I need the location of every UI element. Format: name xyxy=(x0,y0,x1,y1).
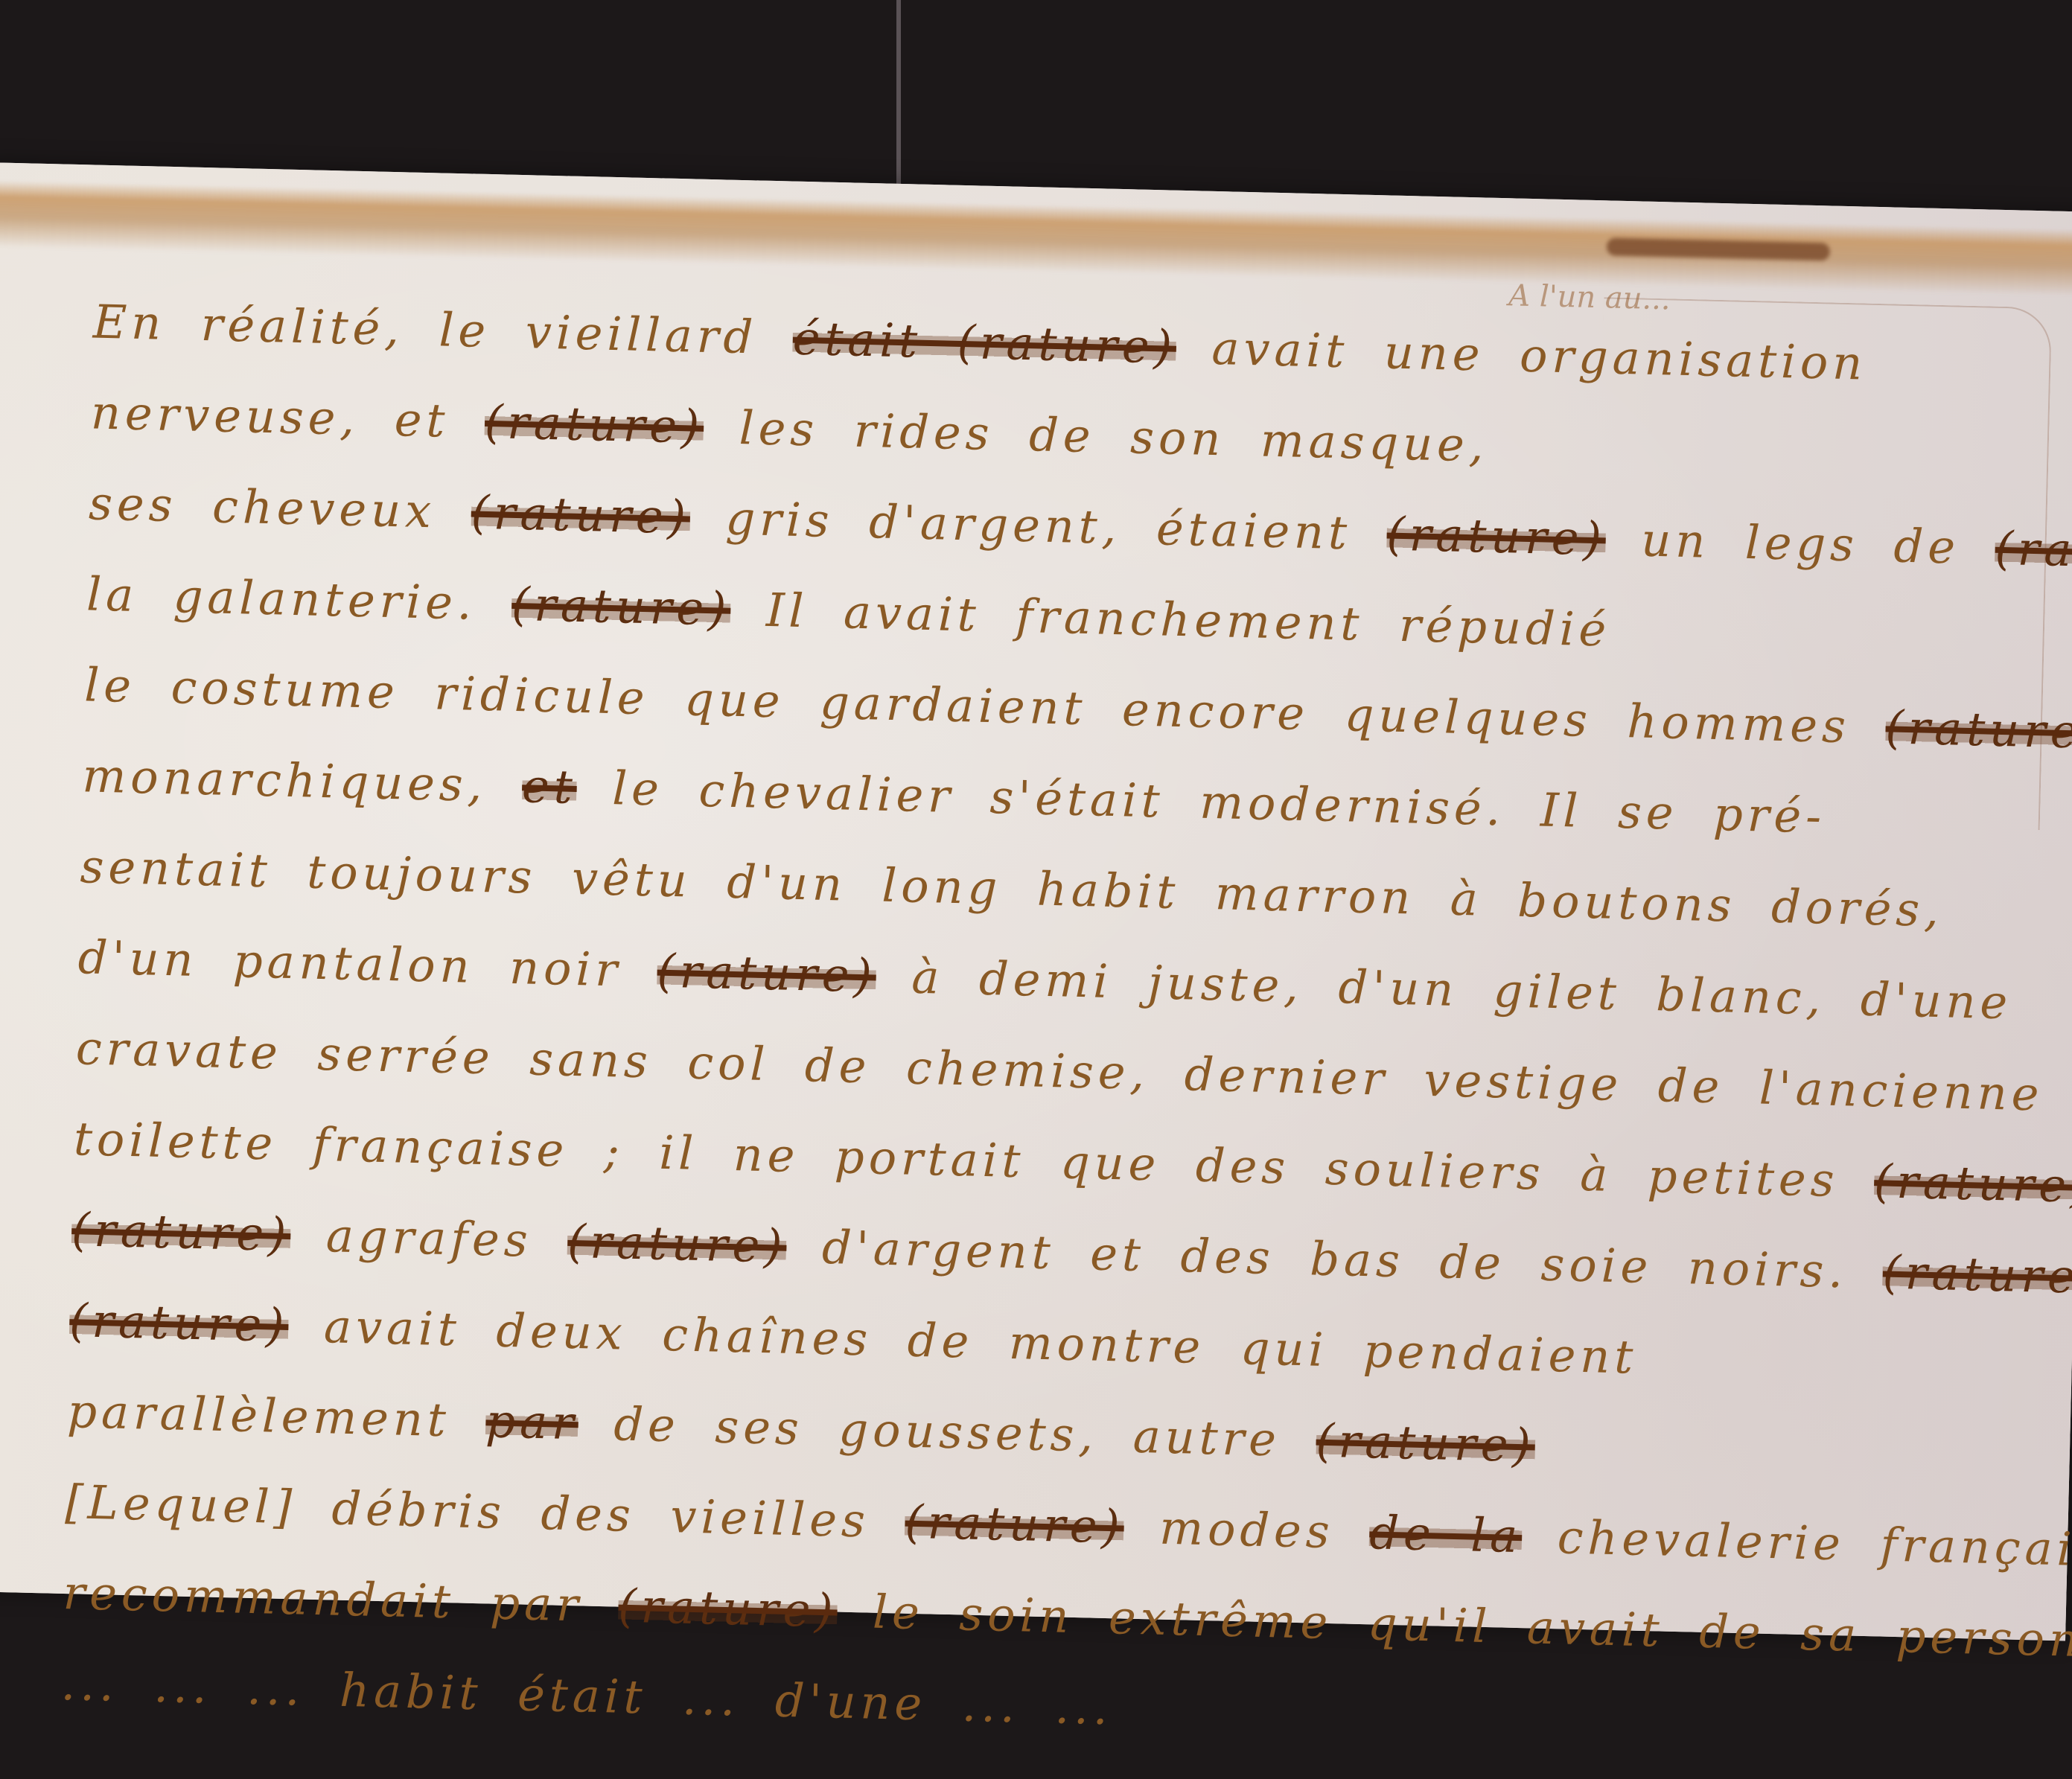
struck-through-word: (rature) xyxy=(567,1214,788,1274)
struck-through-word: (rature) xyxy=(511,577,731,636)
handwritten-text: de ses goussets, autre xyxy=(613,1396,1281,1466)
struck-through-word: (rature) xyxy=(471,485,691,545)
handwritten-text: [Lequel] débris des vieilles xyxy=(65,1475,870,1548)
struck-through-word: (rature) xyxy=(1316,1414,1536,1473)
handwritten-text: les rides de son masque, xyxy=(739,400,1488,473)
handwritten-text: d'argent et des bas de soie noirs. xyxy=(821,1220,1848,1298)
handwritten-text: chevalerie française xyxy=(1557,1510,2072,1554)
struck-through-word: (rature) xyxy=(1386,507,1607,566)
struck-through-word: (rature) xyxy=(484,395,704,454)
manuscript-page: A l'un au... En réalité, le vieillard ét… xyxy=(0,162,2072,1554)
handwritten-text: à demi juste, d'un gilet blanc, d'une xyxy=(911,950,2012,1030)
struck-through-word: (rature) xyxy=(69,1293,290,1352)
handwritten-text: étaient xyxy=(1155,501,1352,560)
handwritten-text: agrafes xyxy=(325,1208,532,1267)
handwritten-text: modes xyxy=(1159,1501,1335,1554)
backdrop-seam xyxy=(896,0,901,194)
struck-through-word: de la xyxy=(1369,1505,1523,1554)
handwritten-text: le chevalier s'était modernisé. Il se pr… xyxy=(612,761,1826,843)
handwritten-text: monarchiques, xyxy=(82,748,488,812)
struck-through-word: (rature) xyxy=(1873,1154,2072,1213)
handwritten-text: ses cheveux xyxy=(88,476,436,538)
struck-through-word: (rature) xyxy=(71,1202,291,1262)
struck-through-word: (rature) xyxy=(657,944,877,1003)
handwritten-text: avait deux chaînes de montre qui pendaie… xyxy=(323,1299,1638,1384)
struck-through-word: et xyxy=(521,758,577,814)
struck-through-word: était (rature) xyxy=(792,311,1177,374)
struck-through-word: (rature) xyxy=(1885,700,2072,759)
handwritten-text: d'un pantalon noir xyxy=(77,930,622,997)
handwritten-text: avait une organisation xyxy=(1211,321,1867,391)
handwritten-text: nerveuse, et xyxy=(90,385,450,447)
struck-through-word: par xyxy=(485,1393,579,1450)
handwritten-text: parallèlement xyxy=(67,1384,451,1447)
manuscript-text: En réalité, le vieillard était (rature) … xyxy=(60,276,2044,1554)
handwritten-text: Il avait franchement répudié xyxy=(765,583,1611,657)
struck-through-word: (rature) xyxy=(1882,1245,2072,1304)
handwritten-text: En réalité, le vieillard xyxy=(92,294,758,364)
handwritten-text: la galanterie. xyxy=(86,566,477,630)
handwritten-text: gris d'argent, xyxy=(725,491,1122,555)
struck-through-word: (rature) xyxy=(1995,521,2072,581)
struck-through-word: (rature) xyxy=(905,1495,1125,1554)
handwritten-text: un legs de xyxy=(1641,513,1960,575)
